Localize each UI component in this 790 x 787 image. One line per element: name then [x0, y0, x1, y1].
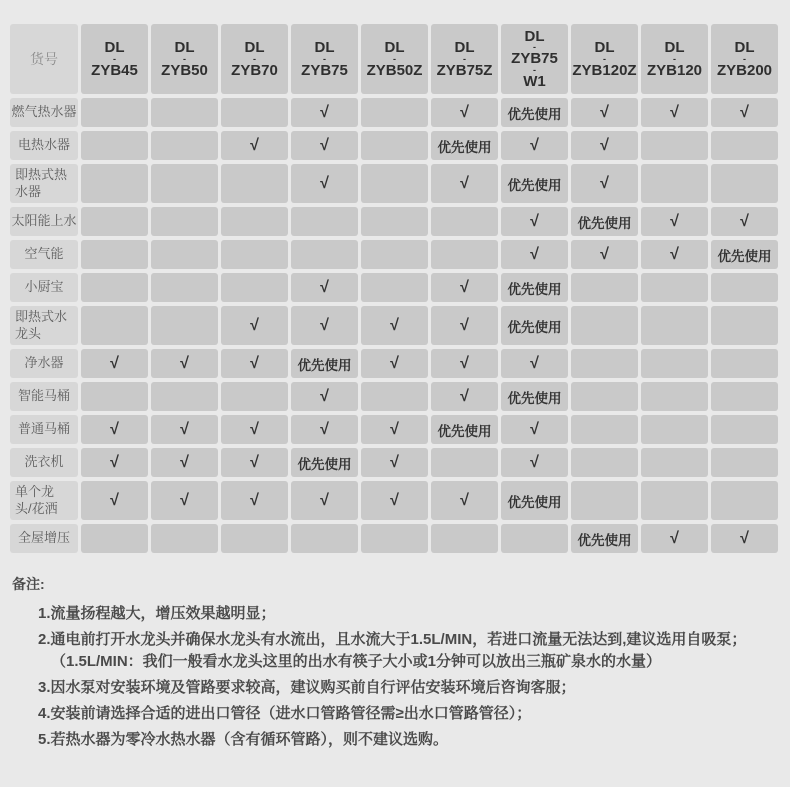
- table-cell: √: [571, 240, 638, 269]
- row-label: 小厨宝: [10, 273, 78, 302]
- table-cell: [221, 382, 288, 411]
- table-cell: [641, 131, 708, 160]
- table-cell: √: [221, 131, 288, 160]
- table-cell: √: [361, 306, 428, 345]
- table-cell: [151, 524, 218, 553]
- table-cell: √: [711, 524, 778, 553]
- table-cell: 优先使用: [501, 481, 568, 520]
- table-cell: √: [291, 98, 358, 127]
- table-cell: √: [291, 415, 358, 444]
- table-cell: 优先使用: [431, 415, 498, 444]
- table-cell: 优先使用: [291, 448, 358, 477]
- table-cell: 优先使用: [431, 131, 498, 160]
- pump-compatibility-sheet: 货号DL-ZYB45DL-ZYB50DL-ZYB70DL-ZYB75DL-ZYB…: [0, 24, 790, 751]
- table-cell: [711, 306, 778, 345]
- table-cell: √: [81, 481, 148, 520]
- table-cell: [151, 382, 218, 411]
- table-cell: [221, 98, 288, 127]
- column-header-dl-zyb75: DL-ZYB75: [291, 24, 358, 94]
- table-cell: [431, 524, 498, 553]
- table-cell: [711, 273, 778, 302]
- table-cell: [711, 164, 778, 203]
- column-header-dl-zyb70: DL-ZYB70: [221, 24, 288, 94]
- table-cell: [641, 448, 708, 477]
- table-cell: [571, 349, 638, 378]
- table-cell: √: [291, 273, 358, 302]
- table-cell: √: [151, 481, 218, 520]
- table-cell: [571, 273, 638, 302]
- table-cell: [151, 306, 218, 345]
- table-cell: 优先使用: [501, 164, 568, 203]
- table-cell: [571, 481, 638, 520]
- table-cell: [711, 415, 778, 444]
- header-line: ZYB120: [647, 62, 702, 79]
- table-cell: [361, 207, 428, 236]
- table-cell: [81, 240, 148, 269]
- header-line: ZYB50: [161, 62, 208, 79]
- row-label: 单个龙头/花洒: [10, 481, 78, 520]
- table-cell: [151, 273, 218, 302]
- table-cell: [291, 524, 358, 553]
- table-cell: √: [291, 306, 358, 345]
- table-cell: [221, 164, 288, 203]
- table-cell: √: [221, 448, 288, 477]
- table-cell: √: [361, 448, 428, 477]
- table-cell: √: [291, 164, 358, 203]
- table-cell: √: [641, 207, 708, 236]
- table-cell: [81, 98, 148, 127]
- table-cell: √: [431, 306, 498, 345]
- table-cell: 优先使用: [501, 98, 568, 127]
- table-cell: √: [571, 164, 638, 203]
- row-label: 电热水器: [10, 131, 78, 160]
- table-cell: √: [501, 207, 568, 236]
- table-cell: [361, 164, 428, 203]
- table-cell: [641, 481, 708, 520]
- table-cell: √: [431, 382, 498, 411]
- table-cell: [221, 524, 288, 553]
- table-cell: [501, 524, 568, 553]
- table-cell: √: [641, 524, 708, 553]
- table-cell: √: [361, 349, 428, 378]
- row-label: 净水器: [10, 349, 78, 378]
- corner-header-item-number: 货号: [10, 24, 78, 94]
- table-cell: √: [291, 131, 358, 160]
- table-cell: √: [221, 415, 288, 444]
- header-line: ZYB70: [231, 62, 278, 79]
- column-header-dl-zyb50: DL-ZYB50: [151, 24, 218, 94]
- table-cell: [151, 207, 218, 236]
- row-label: 洗衣机: [10, 448, 78, 477]
- header-line: ZYB75Z: [437, 62, 493, 79]
- table-cell: 优先使用: [711, 240, 778, 269]
- table-cell: √: [431, 273, 498, 302]
- table-cell: 优先使用: [501, 273, 568, 302]
- table-cell: [571, 306, 638, 345]
- column-header-dl-zyb200: DL-ZYB200: [711, 24, 778, 94]
- column-header-dl-zyb75z: DL-ZYB75Z: [431, 24, 498, 94]
- note-item: 4.安装前请选择合适的进出口管径（进水口管路管径需≥出水口管路管径）；: [38, 703, 773, 725]
- table-cell: √: [501, 349, 568, 378]
- table-cell: √: [291, 382, 358, 411]
- table-cell: 优先使用: [291, 349, 358, 378]
- compatibility-table: 货号DL-ZYB45DL-ZYB50DL-ZYB70DL-ZYB75DL-ZYB…: [10, 24, 778, 553]
- table-cell: √: [431, 164, 498, 203]
- table-cell: [571, 448, 638, 477]
- header-line: ZYB50Z: [367, 62, 423, 79]
- table-cell: [221, 273, 288, 302]
- row-label: 即热式水龙头: [10, 306, 78, 345]
- table-cell: [151, 131, 218, 160]
- table-cell: 优先使用: [571, 207, 638, 236]
- table-cell: [641, 349, 708, 378]
- table-cell: √: [431, 349, 498, 378]
- table-cell: √: [361, 415, 428, 444]
- table-cell: √: [291, 481, 358, 520]
- table-cell: √: [151, 415, 218, 444]
- column-header-dl-zyb120z: DL-ZYB120Z: [571, 24, 638, 94]
- table-cell: [81, 131, 148, 160]
- table-cell: [711, 131, 778, 160]
- table-cell: √: [571, 131, 638, 160]
- table-cell: √: [571, 98, 638, 127]
- table-cell: [291, 207, 358, 236]
- table-cell: [711, 382, 778, 411]
- column-header-dl-zyb50z: DL-ZYB50Z: [361, 24, 428, 94]
- table-cell: [641, 273, 708, 302]
- table-cell: [571, 415, 638, 444]
- table-cell: [291, 240, 358, 269]
- table-cell: [81, 207, 148, 236]
- note-item: 2.通电前打开水龙头并确保水龙头有水流出，且水流大于1.5L/MIN，若进口流量…: [38, 629, 773, 673]
- table-cell: [81, 524, 148, 553]
- table-cell: √: [151, 448, 218, 477]
- table-cell: [221, 207, 288, 236]
- table-cell: √: [221, 481, 288, 520]
- table-cell: √: [151, 349, 218, 378]
- row-label: 智能马桶: [10, 382, 78, 411]
- table-cell: [361, 524, 428, 553]
- table-cell: √: [711, 207, 778, 236]
- table-cell: [571, 382, 638, 411]
- table-cell: √: [221, 306, 288, 345]
- table-cell: [641, 306, 708, 345]
- header-line: ZYB45: [91, 62, 138, 79]
- table-cell: [431, 448, 498, 477]
- note-item: 3.因水泵对安装环境及管路要求较高，建议购买前自行评估安装环境后咨询客服；: [38, 677, 773, 699]
- table-cell: √: [641, 98, 708, 127]
- column-header-dl-zyb45: DL-ZYB45: [81, 24, 148, 94]
- table-cell: √: [501, 448, 568, 477]
- table-cell: [431, 240, 498, 269]
- table-cell: [361, 382, 428, 411]
- table-cell: [81, 164, 148, 203]
- table-cell: [641, 382, 708, 411]
- table-cell: √: [711, 98, 778, 127]
- row-label: 空气能: [10, 240, 78, 269]
- table-cell: √: [431, 481, 498, 520]
- table-cell: √: [501, 240, 568, 269]
- table-cell: [711, 448, 778, 477]
- notes-title: 备注:: [12, 574, 790, 594]
- table-cell: [81, 306, 148, 345]
- row-label: 全屋增压: [10, 524, 78, 553]
- notes-list: 1.流量扬程越大，增压效果越明显；2.通电前打开水龙头并确保水龙头有水流出，且水…: [12, 603, 790, 751]
- row-label: 太阳能上水: [10, 207, 78, 236]
- table-cell: √: [81, 349, 148, 378]
- table-cell: [151, 98, 218, 127]
- table-cell: √: [81, 415, 148, 444]
- table-cell: [641, 164, 708, 203]
- table-cell: [81, 273, 148, 302]
- table-cell: 优先使用: [501, 306, 568, 345]
- table-cell: √: [81, 448, 148, 477]
- table-cell: [221, 240, 288, 269]
- table-cell: √: [501, 415, 568, 444]
- table-cell: [641, 415, 708, 444]
- note-item: 5.若热水器为零冷水热水器（含有循环管路），则不建议选购。: [38, 729, 773, 751]
- table-cell: [711, 481, 778, 520]
- table-cell: [431, 207, 498, 236]
- table-cell: √: [641, 240, 708, 269]
- column-header-dl-zyb120: DL-ZYB120: [641, 24, 708, 94]
- row-label: 燃气热水器: [10, 98, 78, 127]
- table-cell: [361, 98, 428, 127]
- table-cell: [361, 273, 428, 302]
- header-line: ZYB120Z: [572, 62, 636, 79]
- table-cell: √: [431, 98, 498, 127]
- table-cell: [361, 131, 428, 160]
- table-cell: [361, 240, 428, 269]
- row-label: 普通马桶: [10, 415, 78, 444]
- table-cell: 优先使用: [501, 382, 568, 411]
- header-line: ZYB75: [301, 62, 348, 79]
- header-line: W1: [523, 73, 546, 90]
- header-line: ZYB200: [717, 62, 772, 79]
- notes-section: 备注: 1.流量扬程越大，增压效果越明显；2.通电前打开水龙头并确保水龙头有水流…: [12, 574, 790, 751]
- table-cell: 优先使用: [571, 524, 638, 553]
- table-cell: [151, 164, 218, 203]
- table-cell: [151, 240, 218, 269]
- table-cell: [711, 349, 778, 378]
- row-label: 即热式热水器: [10, 164, 78, 203]
- column-header-dl-zyb75-w1: DL-ZYB75-W1: [501, 24, 568, 94]
- table-cell: √: [361, 481, 428, 520]
- table-cell: [81, 382, 148, 411]
- table-cell: √: [221, 349, 288, 378]
- note-item: 1.流量扬程越大，增压效果越明显；: [38, 603, 773, 625]
- table-cell: √: [501, 131, 568, 160]
